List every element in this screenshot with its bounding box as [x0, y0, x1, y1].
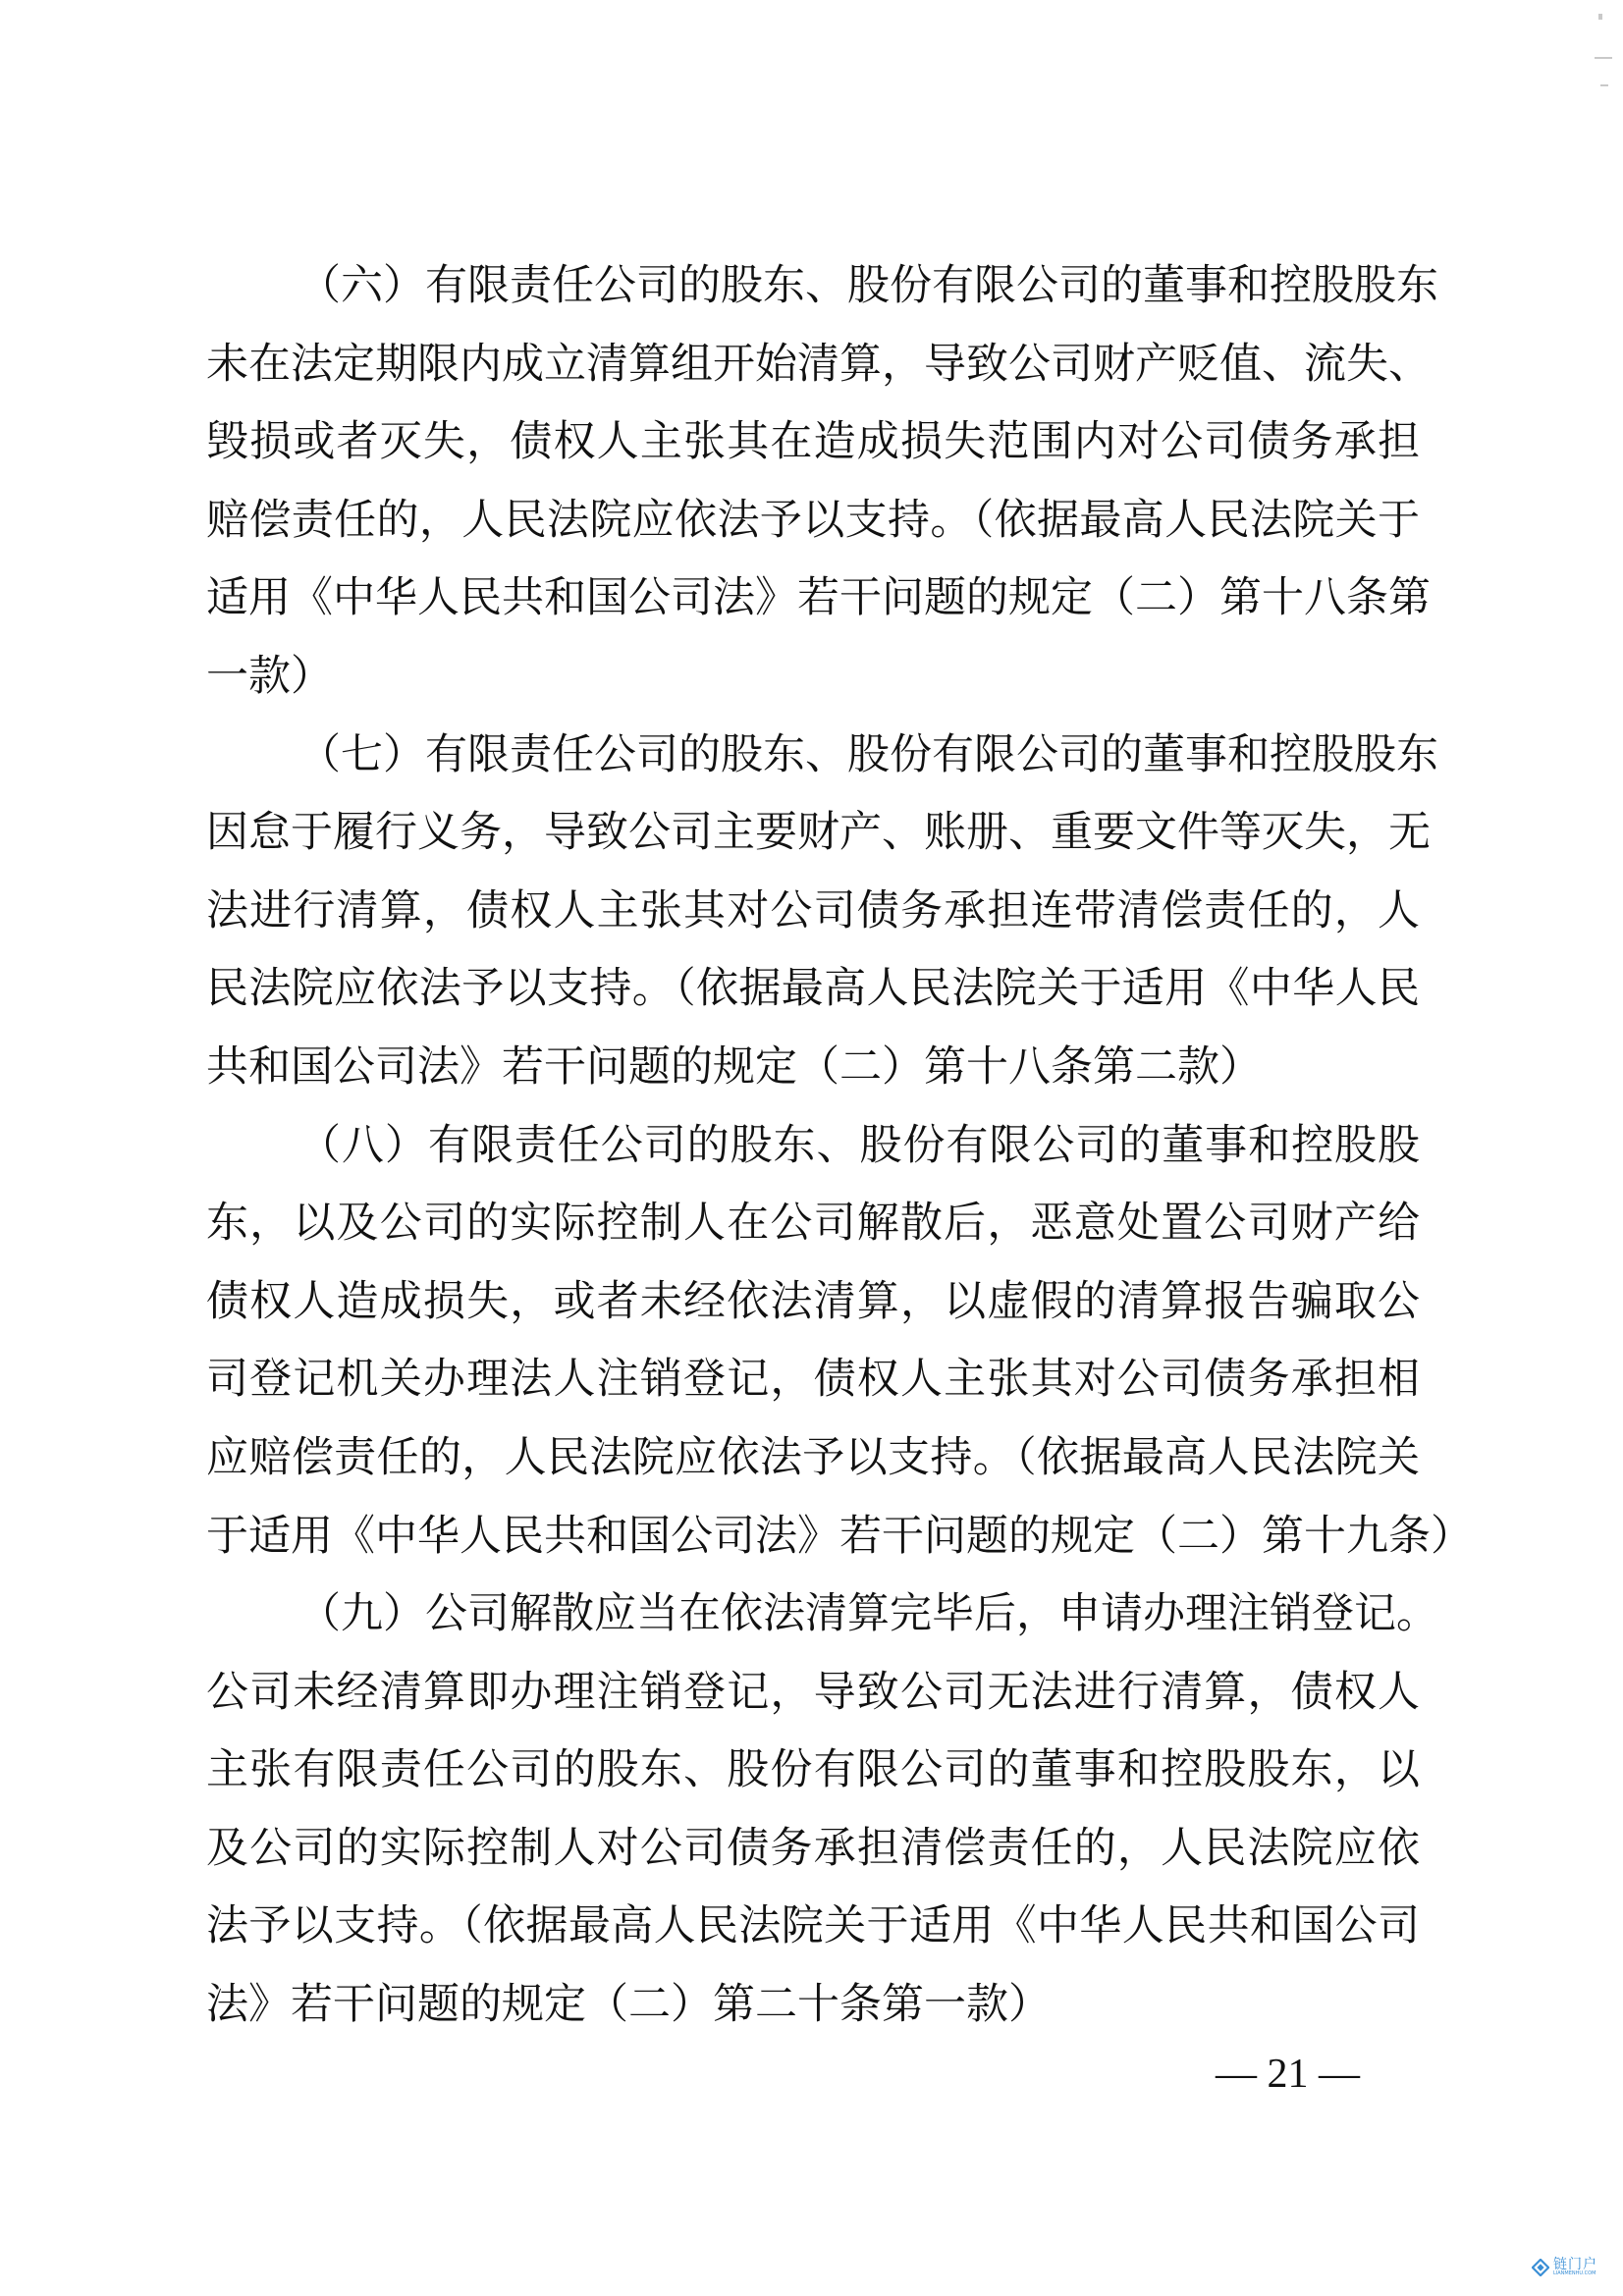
text-line: 主张有限责任公司的股东、股份有限公司的董事和控股股东，以: [206, 1732, 1420, 1810]
text-line: 赔偿责任的，人民法院应依法予以支持。（依据最高人民法院关于: [206, 482, 1420, 561]
text-line: （六）有限责任公司的股东、股份有限公司的董事和控股股东: [206, 247, 1420, 326]
text-line: 毁损或者灭失，债权人主张其在造成损失范围内对公司债务承担: [206, 403, 1420, 482]
text-line: 东，以及公司的实际控制人在公司解散后，恶意处置公司财产给: [206, 1185, 1420, 1263]
text-line: 公司未经清算即办理注销登记，导致公司无法进行清算，债权人: [206, 1654, 1420, 1733]
text-line: （九）公司解散应当在依法清算完毕后，申请办理注销登记。: [206, 1575, 1420, 1654]
paragraph-6: （六）有限责任公司的股东、股份有限公司的董事和控股股东 未在法定期限内成立清算组…: [206, 247, 1420, 717]
paragraph-9: （九）公司解散应当在依法清算完毕后，申请办理注销登记。 公司未经清算即办理注销登…: [206, 1575, 1420, 2045]
text-line: 法进行清算，债权人主张其对公司债务承担连带清偿责任的，人: [206, 873, 1420, 951]
diamond-logo-icon: [1532, 2259, 1549, 2276]
paragraph-7: （七）有限责任公司的股东、股份有限公司的董事和控股股东 因怠于履行义务，导致公司…: [206, 717, 1420, 1107]
text-line: 适用《中华人民共和国公司法》若干问题的规定（二）第十八条第: [206, 560, 1420, 638]
watermark-name-en: LIANMENHU.COM: [1553, 2271, 1597, 2276]
text-line: 因怠于履行义务，导致公司主要财产、账册、重要文件等灭失，无: [206, 794, 1420, 873]
text-line: 民法院应依法予以支持。（依据最高人民法院关于适用《中华人民: [206, 950, 1420, 1029]
document-page: （六）有限责任公司的股东、股份有限公司的董事和控股股东 未在法定期限内成立清算组…: [206, 247, 1420, 2045]
watermark-name-cn: 链门户: [1553, 2258, 1597, 2271]
text-line: 法予以支持。（依据最高人民法院关于适用《中华人民共和国公司: [206, 1888, 1420, 1966]
text-line: 共和国公司法》若干问题的规定（二）第十八条第二款）: [206, 1029, 1420, 1107]
text-line: 一款）: [206, 638, 1420, 717]
text-line: （七）有限责任公司的股东、股份有限公司的董事和控股股东: [206, 717, 1420, 795]
watermark: 链门户 LIANMENHU.COM: [1532, 2258, 1597, 2276]
text-line: 于适用《中华人民共和国公司法》若干问题的规定（二）第十九条）: [206, 1498, 1420, 1576]
text-line: 应赔偿责任的，人民法院应依法予以支持。（依据最高人民法院关: [206, 1419, 1420, 1498]
text-line: （八）有限责任公司的股东、股份有限公司的董事和控股股: [206, 1107, 1420, 1186]
text-line: 及公司的实际控制人对公司债务承担清偿责任的，人民法院应依: [206, 1810, 1420, 1889]
text-line: 司登记机关办理法人注销登记，债权人主张其对公司债务承担相: [206, 1341, 1420, 1419]
watermark-text: 链门户 LIANMENHU.COM: [1553, 2258, 1597, 2276]
text-line: 债权人造成损失，或者未经依法清算，以虚假的清算报告骗取公: [206, 1263, 1420, 1342]
scan-corner-marks: [1591, 6, 1620, 94]
text-line: 未在法定期限内成立清算组开始清算，导致公司财产贬值、流失、: [206, 326, 1420, 404]
paragraph-8: （八）有限责任公司的股东、股份有限公司的董事和控股股 东，以及公司的实际控制人在…: [206, 1107, 1420, 1576]
text-line: 法》若干问题的规定（二）第二十条第一款）: [206, 1966, 1420, 2045]
page-number: — 21 —: [1216, 2050, 1360, 2099]
